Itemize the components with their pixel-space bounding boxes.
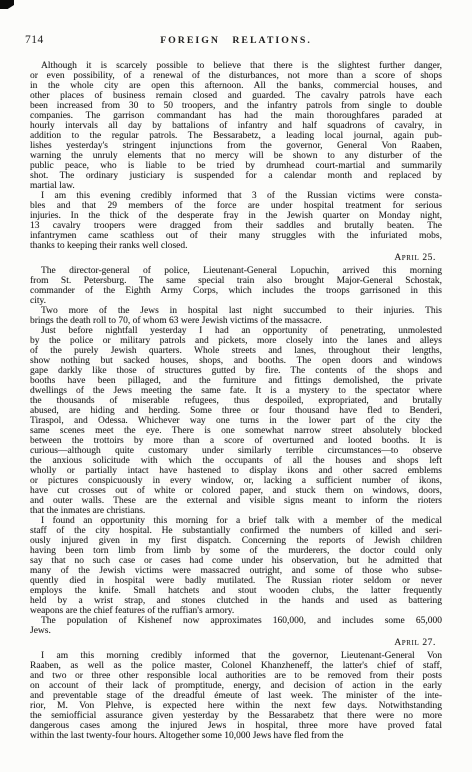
paragraph: Although it is scarcely possible to beli… bbox=[30, 61, 442, 191]
text-line: in the whole city are open this afternoo… bbox=[30, 81, 442, 91]
text-line: of the purely Jewish quarters. Whole str… bbox=[30, 346, 442, 356]
text-line: The director-general of police, Lieutena… bbox=[30, 266, 442, 276]
text-line: show nothing but sacked houses, shops, a… bbox=[30, 356, 442, 366]
text-line: staff of the city hospital. He substanti… bbox=[30, 526, 442, 536]
text-line: gape darkly like those of structures gut… bbox=[30, 366, 442, 376]
scan-artifact-mark bbox=[0, 0, 14, 9]
text-line: Just before nightfall yesterday I had an… bbox=[30, 326, 442, 336]
paragraph: I am this morning credibly informed that… bbox=[30, 651, 442, 741]
text-line: public peace, who is liable to be tried … bbox=[30, 161, 442, 171]
text-line: abused, are hiding and herding. Some thr… bbox=[30, 406, 442, 416]
text-line: infantrymen came scathless out of their … bbox=[30, 231, 442, 241]
text-line: the anxious solicitude with which the oc… bbox=[30, 456, 442, 466]
text-line: from St. Petersburg. The same special tr… bbox=[30, 276, 442, 286]
text-line: and preventable stage of the dreadful ém… bbox=[30, 691, 442, 701]
text-line: curious—although quite customary under s… bbox=[30, 446, 442, 456]
text-line: martial law. bbox=[30, 181, 442, 191]
text-line: bles and that 29 members of the force ar… bbox=[30, 201, 442, 211]
text-line: the semiofficial assurance given yesterd… bbox=[30, 711, 442, 721]
text-line: Two more of the Jews in hospital last ni… bbox=[30, 306, 442, 316]
text-line: same scenes meet the eye. There is one s… bbox=[30, 426, 442, 436]
text-line: and two or three other responsible local… bbox=[30, 671, 442, 681]
text-line: within the last twenty-four hours. Altog… bbox=[30, 731, 442, 741]
text-line: that the inmates are christians. bbox=[30, 506, 442, 516]
scanned-page: 714 FOREIGN RELATIONS. Although it is sc… bbox=[0, 0, 472, 772]
text-line: hourly intervals all day by battalions o… bbox=[30, 121, 442, 131]
text-line: employs the knife. Small hatchets and st… bbox=[30, 586, 442, 596]
text-line: warning the unruly elements that no merc… bbox=[30, 151, 442, 161]
text-line: Tiraspol, and Odessa. Whichever way one … bbox=[30, 416, 442, 426]
text-line: Jews. bbox=[30, 626, 442, 636]
text-line: quently died in hospital were badly muti… bbox=[30, 576, 442, 586]
text-line: Raaben, as well as the police master, Co… bbox=[30, 661, 442, 671]
paragraph: Just before nightfall yesterday I had an… bbox=[30, 326, 442, 516]
paragraph: I am this evening credibly informed that… bbox=[30, 191, 442, 251]
text-line: having been torn limb from limb by some … bbox=[30, 546, 442, 556]
text-line: The population of Kishenef now approxima… bbox=[30, 616, 442, 626]
text-line: or even possibility, of a renewal of the… bbox=[30, 71, 442, 81]
text-line: have cut crosses out of white or colored… bbox=[30, 486, 442, 496]
text-line: rior, M. Von Plehve, is expected here wi… bbox=[30, 701, 442, 711]
text-line: on account of their lack of promptitude,… bbox=[30, 681, 442, 691]
text-line: between the trottoirs by more than a sco… bbox=[30, 436, 442, 446]
date-line: April 27. bbox=[30, 638, 442, 648]
text-line: booths have been pillaged, and the furni… bbox=[30, 376, 442, 386]
text-line: by the police or military patrols and pi… bbox=[30, 336, 442, 346]
text-line: or pictures conspicuously in every windo… bbox=[30, 476, 442, 486]
text-line: addition to the regular patrols. The Bes… bbox=[30, 131, 442, 141]
text-line: I am this morning credibly informed that… bbox=[30, 651, 442, 661]
text-line: and outer walls. These are the external … bbox=[30, 496, 442, 506]
paragraph: The director-general of police, Lieutena… bbox=[30, 266, 442, 306]
text-line: I am this evening credibly informed that… bbox=[30, 191, 442, 201]
text-line: thanks to keeping their ranks well close… bbox=[30, 241, 442, 251]
text-line: dangerous cases among the injured Jews i… bbox=[30, 721, 442, 731]
text-line: dwellings of the Jews meeting the same f… bbox=[30, 386, 442, 396]
text-line: commander of the Eighth Army Corps, whic… bbox=[30, 286, 442, 296]
text-line: say that no such case or cases had come … bbox=[30, 556, 442, 566]
text-line: been increased from 30 to 50 troopers, a… bbox=[30, 101, 442, 111]
text-line: many of the Jewish victims were massacre… bbox=[30, 566, 442, 576]
text-line: held by a wrist strap, and stones clutch… bbox=[30, 596, 442, 606]
text-line: brings the death roll to 70, of whom 63 … bbox=[30, 316, 442, 326]
running-head: FOREIGN RELATIONS. bbox=[0, 35, 472, 46]
text-line: 13 cavalry troopers were dragged from th… bbox=[30, 221, 442, 231]
text-line: shot. The ordinary justiciary is suspend… bbox=[30, 171, 442, 181]
text-line: weapons are the chief features of the ru… bbox=[30, 606, 442, 616]
text-line: wholly or partially intact have hastened… bbox=[30, 466, 442, 476]
date-line: April 25. bbox=[30, 253, 442, 263]
text-line: companies. The garrison commandant has h… bbox=[30, 111, 442, 121]
text-line: injuries. In the thick of the desperate … bbox=[30, 211, 442, 221]
text-line: city. bbox=[30, 296, 442, 306]
text-line: ously injured given in my first dispatch… bbox=[30, 536, 442, 546]
text-line: the thousands of miserable refugees, thu… bbox=[30, 396, 442, 406]
text-line: I found an opportunity this morning for … bbox=[30, 516, 442, 526]
text-line: other places of business remain closed a… bbox=[30, 91, 442, 101]
page-body: Although it is scarcely possible to beli… bbox=[30, 61, 442, 741]
text-line: Although it is scarcely possible to beli… bbox=[30, 61, 442, 71]
text-line: lishes yesterday's stringent injunctions… bbox=[30, 141, 442, 151]
paragraph: The population of Kishenef now approxima… bbox=[30, 616, 442, 636]
paragraph: Two more of the Jews in hospital last ni… bbox=[30, 306, 442, 326]
paragraph: I found an opportunity this morning for … bbox=[30, 516, 442, 616]
